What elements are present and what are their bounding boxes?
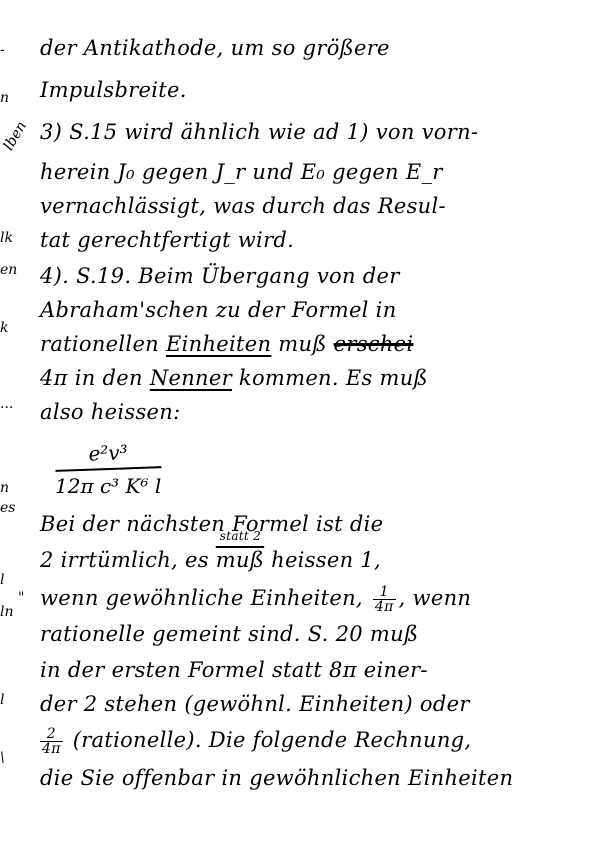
margin-fragment: " — [18, 590, 24, 606]
text-line: Bei der nächsten Formel ist die — [40, 510, 585, 538]
text-line: die Sie offenbar in gewöhnlichen Einheit… — [40, 764, 585, 792]
inserted-above-text: statt 2 — [220, 530, 261, 542]
manuscript-page: - n lben lk en k ... n es l " ln l \ der… — [0, 0, 590, 845]
formula: e²v³ 12π c³ K⁶ l — [55, 440, 161, 500]
fraction-numerator: 1 — [373, 585, 396, 600]
margin-fragment: ln — [0, 604, 14, 620]
text-line: der Antikathode, um so größere — [40, 34, 585, 62]
text-line: vernachlässigt, was durch das Resul- — [40, 192, 585, 220]
text-line: der 2 stehen (gewöhnl. Einheiten) oder — [40, 690, 585, 718]
margin-fragment: l — [0, 572, 4, 588]
margin-fragment: lk — [0, 230, 13, 246]
text-line: 3) S.15 wird ähnlich wie ad 1) von vorn- — [40, 118, 585, 146]
text-line: tat gerechtfertigt wird. — [40, 226, 585, 254]
formula-numerator: e²v³ — [55, 438, 162, 472]
margin-fragment: \ — [0, 750, 5, 766]
margin-fragment: - — [0, 42, 5, 58]
margin-fragment: es — [0, 500, 15, 516]
fraction-1-over-4pi: 1 4π — [373, 585, 396, 614]
text-line-part: 4π in den Nenner kommen. Es muß — [40, 366, 428, 390]
fraction-denominator: 4π — [40, 742, 63, 756]
margin-fragment: n — [0, 480, 9, 496]
fraction-numerator: 2 — [40, 727, 63, 742]
struck-word: erschei — [334, 332, 414, 356]
fraction-denominator: 4π — [373, 600, 396, 614]
left-margin-fragments: - n lben lk en k ... n es l " ln l \ — [0, 0, 40, 845]
margin-fragment: en — [0, 262, 17, 278]
text-line: Abraham'schen zu der Formel in — [40, 296, 585, 324]
text-line: Impulsbreite. — [40, 76, 585, 104]
margin-fragment: l — [0, 692, 4, 708]
text-line-part: (rationelle). Die folgende Rechnung, — [73, 728, 472, 752]
text-line: 2 4π (rationelle). Die folgende Rechnung… — [40, 726, 585, 756]
text-line: rationellen Einheiten muß erschei — [40, 330, 585, 358]
text-line-part: 2 irrtümlich, es — [40, 548, 209, 572]
margin-fragment: ... — [0, 396, 13, 412]
overlined-word: muß — [216, 548, 264, 572]
text-line-part: heissen 1, — [271, 548, 381, 572]
formula-denominator: 12π c³ K⁶ l — [55, 470, 161, 500]
inserted-correction: statt 2 muß — [216, 546, 264, 574]
text-line: 4). S.19. Beim Übergang von der — [40, 262, 585, 290]
margin-fragment: n — [0, 90, 9, 106]
text-line: 2 irrtümlich, es statt 2 muß heissen 1, — [40, 546, 585, 574]
text-line: in der ersten Formel statt 8π einer- — [40, 656, 585, 684]
underlined-word: Nenner — [150, 366, 232, 390]
text-line: herein J₀ gegen J_r und E₀ gegen E_r — [40, 158, 585, 186]
text-line: rationelle gemeint sind. S. 20 muß — [40, 620, 585, 648]
text-line: 4π in den Nenner kommen. Es muß — [40, 364, 585, 392]
margin-fragment: k — [0, 320, 8, 336]
text-line: also heissen: — [40, 398, 585, 426]
text-line: wenn gewöhnliche Einheiten, 1 4π , wenn — [40, 584, 585, 614]
margin-fragment: lben — [1, 119, 30, 154]
text-line-part: rationellen Einheiten muß — [40, 332, 334, 356]
underlined-word: Einheiten — [166, 332, 271, 356]
text-line-part: wenn gewöhnliche Einheiten, — [40, 586, 363, 610]
fraction-2-over-4pi: 2 4π — [40, 727, 63, 756]
text-line-part: , wenn — [399, 586, 472, 610]
